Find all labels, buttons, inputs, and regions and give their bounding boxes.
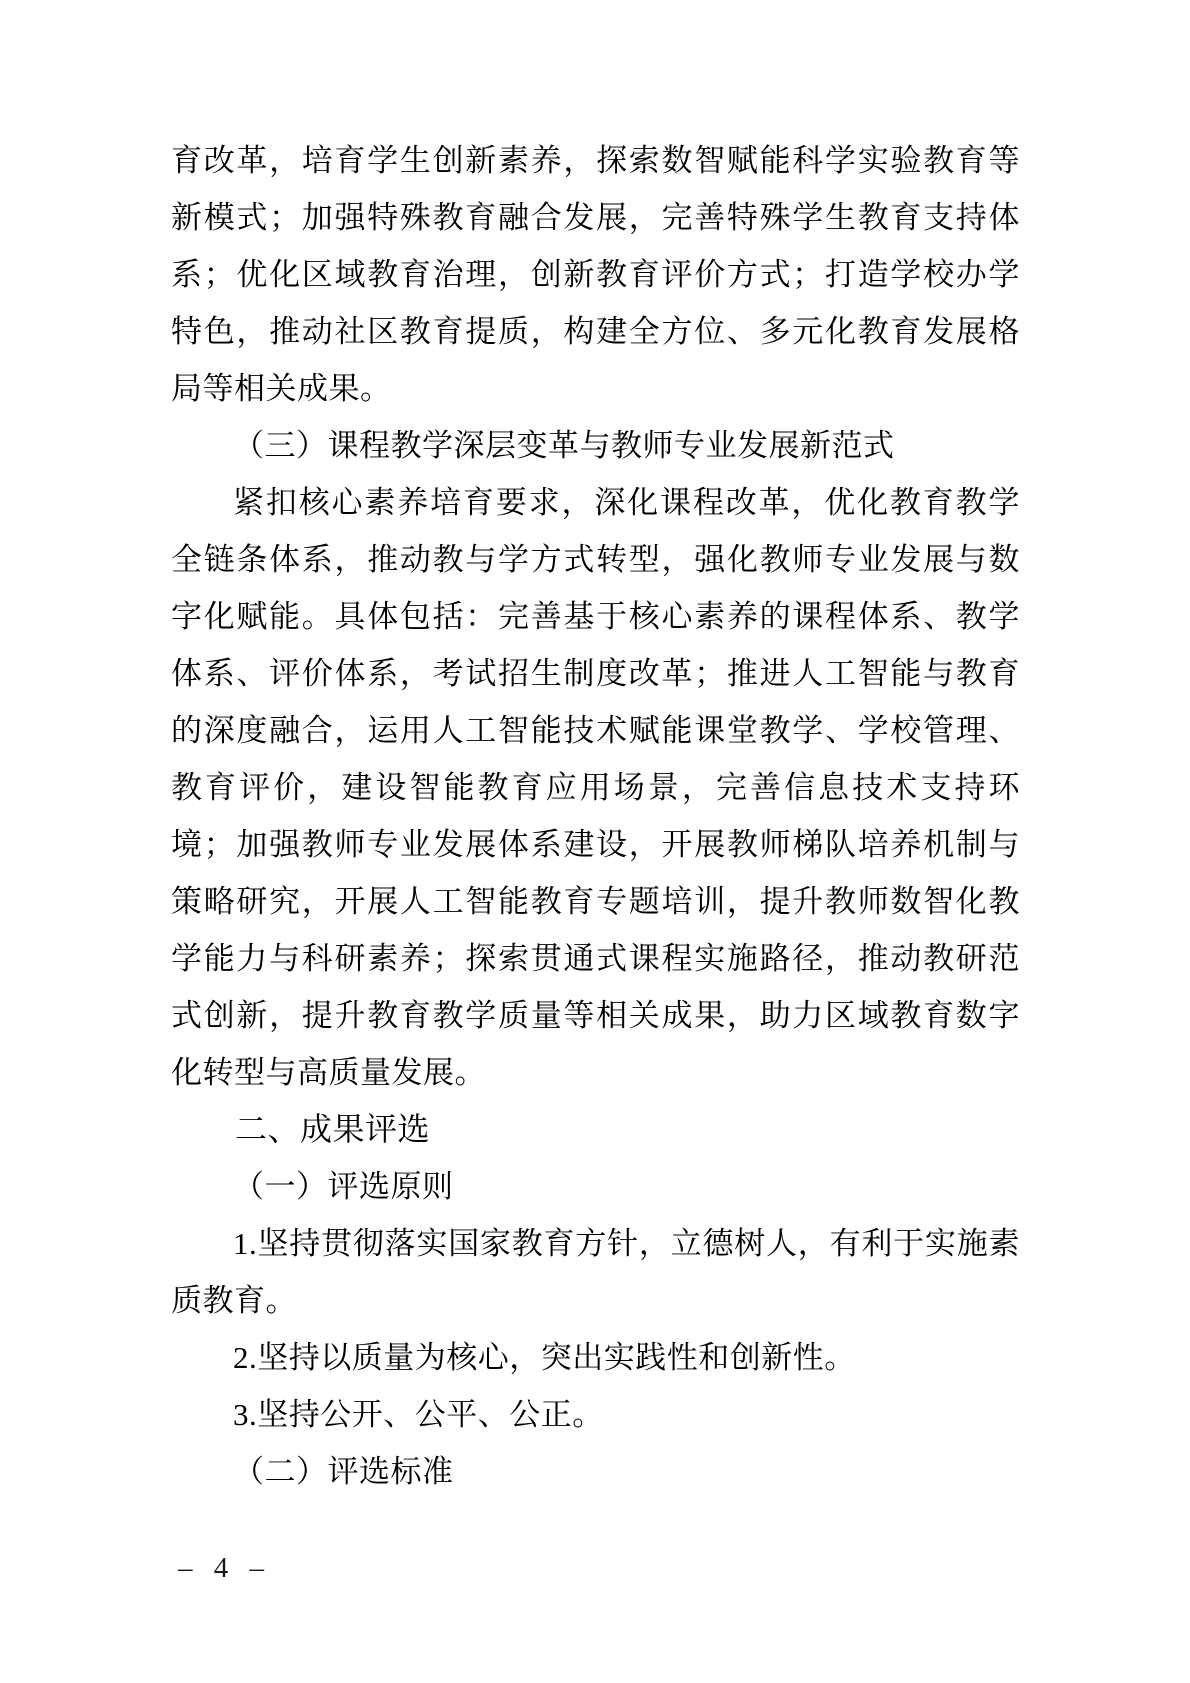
document-body: 育改革，培育学生创新素养，探索数智赋能科学实验教育等新模式；加强特殊教育融合发展… (171, 132, 1020, 1500)
principle-item-1: 1.坚持贯彻落实国家教育方针，立德树人，有利于实施素质教育。 (171, 1215, 1020, 1329)
paragraph-continued: 育改革，培育学生创新素养，探索数智赋能科学实验教育等新模式；加强特殊教育融合发展… (171, 132, 1020, 417)
page-number: – 4 – (178, 1552, 271, 1585)
heading-section-3: （三）课程教学深层变革与教师专业发展新范式 (171, 417, 1020, 474)
heading-part-2: 二、成果评选 (171, 1101, 1020, 1158)
heading-subsection-2: （二）评选标准 (171, 1443, 1020, 1500)
principle-item-2: 2.坚持以质量为核心，突出实践性和创新性。 (171, 1329, 1020, 1386)
document-page: 育改革，培育学生创新素养，探索数智赋能科学实验教育等新模式；加强特殊教育融合发展… (0, 0, 1190, 1683)
heading-subsection-1: （一）评选原则 (171, 1158, 1020, 1215)
paragraph-section-3: 紧扣核心素养培育要求，深化课程改革，优化教育教学全链条体系，推动教与学方式转型，… (171, 474, 1020, 1101)
principle-item-3: 3.坚持公开、公平、公正。 (171, 1386, 1020, 1443)
